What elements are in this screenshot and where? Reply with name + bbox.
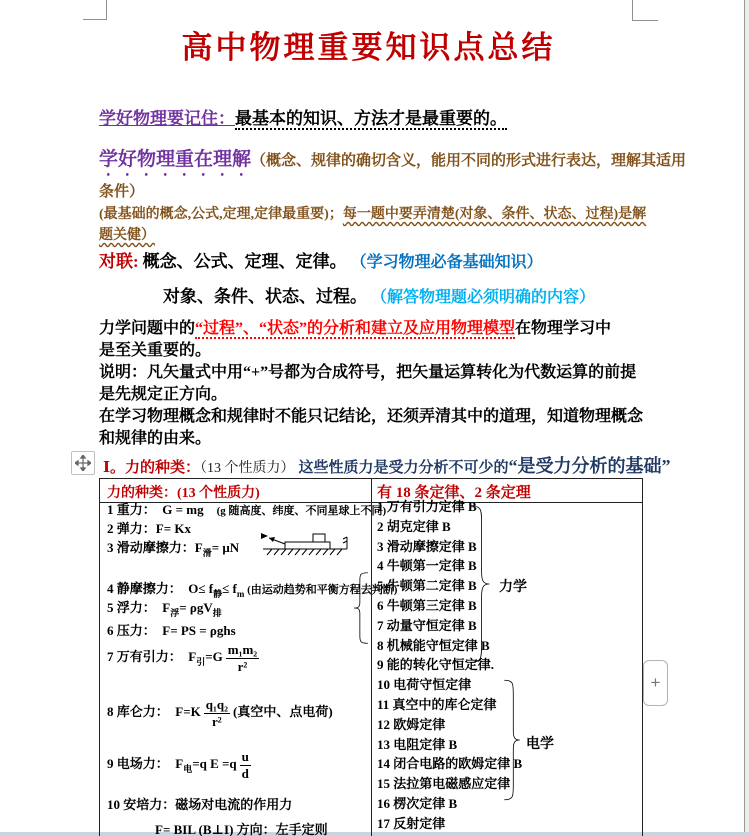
formula-segment: 5 浮力： F xyxy=(107,600,170,615)
electricity-brace xyxy=(503,679,521,801)
page-right-edge xyxy=(744,0,749,836)
couplet-line-1: 对联: 概念、公式、定理、定律。 （学习物理必备基础知识） xyxy=(99,247,543,272)
formula-segment: 2 弹力：F= Kx xyxy=(107,521,191,536)
formula-segment: (由运动趋势和平衡方程去判断) xyxy=(244,584,397,596)
law-row-2: 2 胡克定律 B xyxy=(377,517,522,537)
plus-icon: + xyxy=(651,673,661,693)
formula-segment: 6 压力： F= PS = ρghs xyxy=(107,623,236,638)
couplet-text-2: 对象、条件、状态、过程。 xyxy=(163,287,367,306)
formula-fraction: q₁q₂r² xyxy=(204,697,230,729)
formula-segment: 3 滑动摩擦力：F xyxy=(107,540,203,555)
law-row-9: 9 能的转化守恒定律. xyxy=(377,655,522,675)
formula-segment: ≤ f xyxy=(222,581,237,596)
electricity-label: 电学 xyxy=(526,733,554,753)
mechanics-brace xyxy=(469,504,491,664)
move-icon xyxy=(75,455,91,471)
concept-par-line-1: 在学习物理概念和规律时不能只记结论，还须弄清其中的道理，知道物理概念 xyxy=(99,403,643,426)
force-row-8: 8 库仑力： F=Kq₁q₂r²(真空中、点电荷) xyxy=(107,697,333,729)
section-quote: “是受力分析的基础” xyxy=(509,456,671,476)
forces-laws-table: 力的种类：(13 个性质力) 有 18 条定律、2 条定理 1 重力： G = … xyxy=(99,478,643,836)
formula-fraction: ud xyxy=(240,749,251,781)
table-column-divider xyxy=(371,479,372,836)
basis-line: (最基础的概念,公式,定理,定律最重要)；每一题中要弄清楚(对象、条件、状态、过… xyxy=(99,203,646,223)
friction-diagram xyxy=(255,529,350,557)
formula-segment: 滑 xyxy=(203,548,212,558)
formula-segment: =G xyxy=(205,649,223,664)
formula-segment: 浮 xyxy=(170,608,179,618)
understand-note-1: （概念、规律的确切含义，能用不同的形式进行表达，理解其适用 xyxy=(251,153,686,169)
mechanics-red: “过程”、“状态”的分析和建立及应用物理模型 xyxy=(195,320,515,339)
law-row-16: 16 楞次定律 B xyxy=(377,794,522,814)
table-move-handle[interactable] xyxy=(71,451,95,475)
law-row-8: 8 机械能守恒定律 B xyxy=(377,636,522,656)
understand-note-2: 条件） xyxy=(99,184,144,200)
section-count: （13 个性质力） xyxy=(200,461,295,476)
key-note-1: 每一题中要弄清楚(对象、条件、状态、过程)是解 xyxy=(343,207,646,222)
section-heading: Ⅰ。力的种类：（13 个性质力） 这些性质力是受力分析不可少的“是受力分析的基础… xyxy=(103,452,671,478)
mechanics-par-line-2: 是至关重要的。 xyxy=(99,337,211,360)
understand-line: 学好物理重在理解（概念、规律的确切含义，能用不同的形式进行表达，理解其适用 xyxy=(99,144,686,181)
formula-second-line: F= BIL (B⊥I) 方向：左手定则 xyxy=(155,819,328,836)
add-button[interactable]: + xyxy=(643,660,668,706)
formula-segment: 8 库仑力： F=K xyxy=(107,704,201,719)
remember-line: 学好物理要记住：最基本的知识、方法才是最重要的。 xyxy=(99,104,507,129)
formula-segment: 电 xyxy=(183,764,192,774)
formula-segment: =q E =q xyxy=(192,756,236,771)
force-row-5: 5 浮力： F浮= ρgV排 xyxy=(107,597,222,619)
couplet-text-1: 概念、公式、定理、定律。 xyxy=(143,252,347,271)
law-row-14: 14 闭合电路的欧姆定律 B xyxy=(377,754,522,774)
document-page: 高中物理重要知识点总结 学好物理要记住：最基本的知识、方法才是最重要的。 学好物… xyxy=(0,0,749,836)
formula-segment: = μN xyxy=(212,540,239,555)
force-row-7: 7 万有引力： F引=Gm₁m₂r² xyxy=(107,642,262,674)
formula-segment: 引 xyxy=(196,657,205,667)
force-row-1: 1 重力： G = mg (g 随高度、纬度、不同星球上不同) xyxy=(107,499,386,518)
concept-par-line-2: 和规律的由来。 xyxy=(99,425,211,448)
force-row-10: 10 安培力：磁场对电流的作用力F= BIL (B⊥I) 方向：左手定则 xyxy=(107,794,328,836)
law-row-12: 12 欧姆定律 xyxy=(377,715,522,735)
mechanics-label: 力学 xyxy=(499,576,527,596)
formula-segment: = ρgV xyxy=(179,600,213,615)
law-row-7: 7 动量守恒定律 B xyxy=(377,616,522,636)
remember-text: 最基本的知识、方法才是最重要的。 xyxy=(235,109,507,130)
formula-segment: 排 xyxy=(213,608,222,618)
page-title: 高中物理重要知识点总结 xyxy=(96,22,641,67)
couplet-note-2: （解答物理题必须明确的内容） xyxy=(371,289,595,306)
formula-segment: 10 安培力：磁场对电流的作用力 xyxy=(107,797,292,812)
basis-note: (最基础的概念,公式,定理,定律最重要)； xyxy=(99,207,343,222)
formula-segment: (真空中、点电荷) xyxy=(233,704,333,719)
law-row-3: 3 滑动摩擦定律 B xyxy=(377,537,522,557)
law-row-6: 6 牛顿第三定律 B xyxy=(377,596,522,616)
note-par-line-1: 说明：凡矢量式中用“+”号都为合成符号，把矢量运算转化为代数运算的前提 xyxy=(99,359,636,382)
newton-group-brace xyxy=(353,572,369,644)
key-note-2: 题关健） xyxy=(99,228,155,243)
force-row-9: 9 电场力： F电=q E =qud xyxy=(107,749,254,781)
formula-segment: 9 电场力： F xyxy=(107,756,183,771)
force-row-3: 3 滑动摩擦力：F滑= μN xyxy=(107,537,239,559)
law-row-15: 15 法拉第电磁感应定律 xyxy=(377,774,522,794)
law-row-4: 4 牛顿第一定律 B xyxy=(377,556,522,576)
understand-line-2: 条件） xyxy=(99,180,144,201)
formula-fraction: m₁m₂r² xyxy=(226,642,259,674)
mechanics-par-line-1: 力学问题中的“过程”、“状态”的分析和建立及应用物理模型在物理学习中 xyxy=(99,315,611,338)
law-row-13: 13 电阻定律 B xyxy=(377,735,522,755)
couplet-note-1: （学习物理必备基础知识） xyxy=(351,254,543,271)
section-navy-text: 这些性质力是受力分析不可少的 xyxy=(299,460,509,476)
formula-segment: 1 重力： G = mg xyxy=(107,502,217,517)
basis-line-2: 题关健） xyxy=(99,224,155,244)
force-row-6: 6 压力： F= PS = ρghs xyxy=(107,620,236,639)
law-row-11: 11 真空中的库仑定律 xyxy=(377,695,522,715)
note-par-line-2: 是先规定正方向。 xyxy=(99,381,227,404)
remember-label: 学好物理要记住： xyxy=(99,109,235,128)
laws-column: 1 万有引力定律 B2 胡克定律 B3 滑动摩擦定律 B4 牛顿第一定律 B5 … xyxy=(377,497,522,834)
section-numeral: Ⅰ。力的种类： xyxy=(103,460,200,476)
couplet-label: 对联: xyxy=(99,252,139,271)
law-row-17: 17 反射定律 xyxy=(377,814,522,834)
couplet-line-2: 对象、条件、状态、过程。 （解答物理题必须明确的内容） xyxy=(163,282,595,307)
law-row-10: 10 电荷守恒定律 xyxy=(377,675,522,695)
formula-segment: (g 随高度、纬度、不同星球上不同) xyxy=(217,505,387,517)
formula-segment: 4 静摩擦力： O≤ f xyxy=(107,581,213,596)
mechanics-post: 在物理学习中 xyxy=(515,320,611,337)
understand-label: 学好物理重在理解 xyxy=(99,149,251,170)
formula-segment: 7 万有引力： F xyxy=(107,649,196,664)
law-row-1: 1 万有引力定律 B xyxy=(377,497,522,517)
mechanics-pre: 力学问题中的 xyxy=(99,320,195,337)
force-row-2: 2 弹力：F= Kx xyxy=(107,518,191,537)
